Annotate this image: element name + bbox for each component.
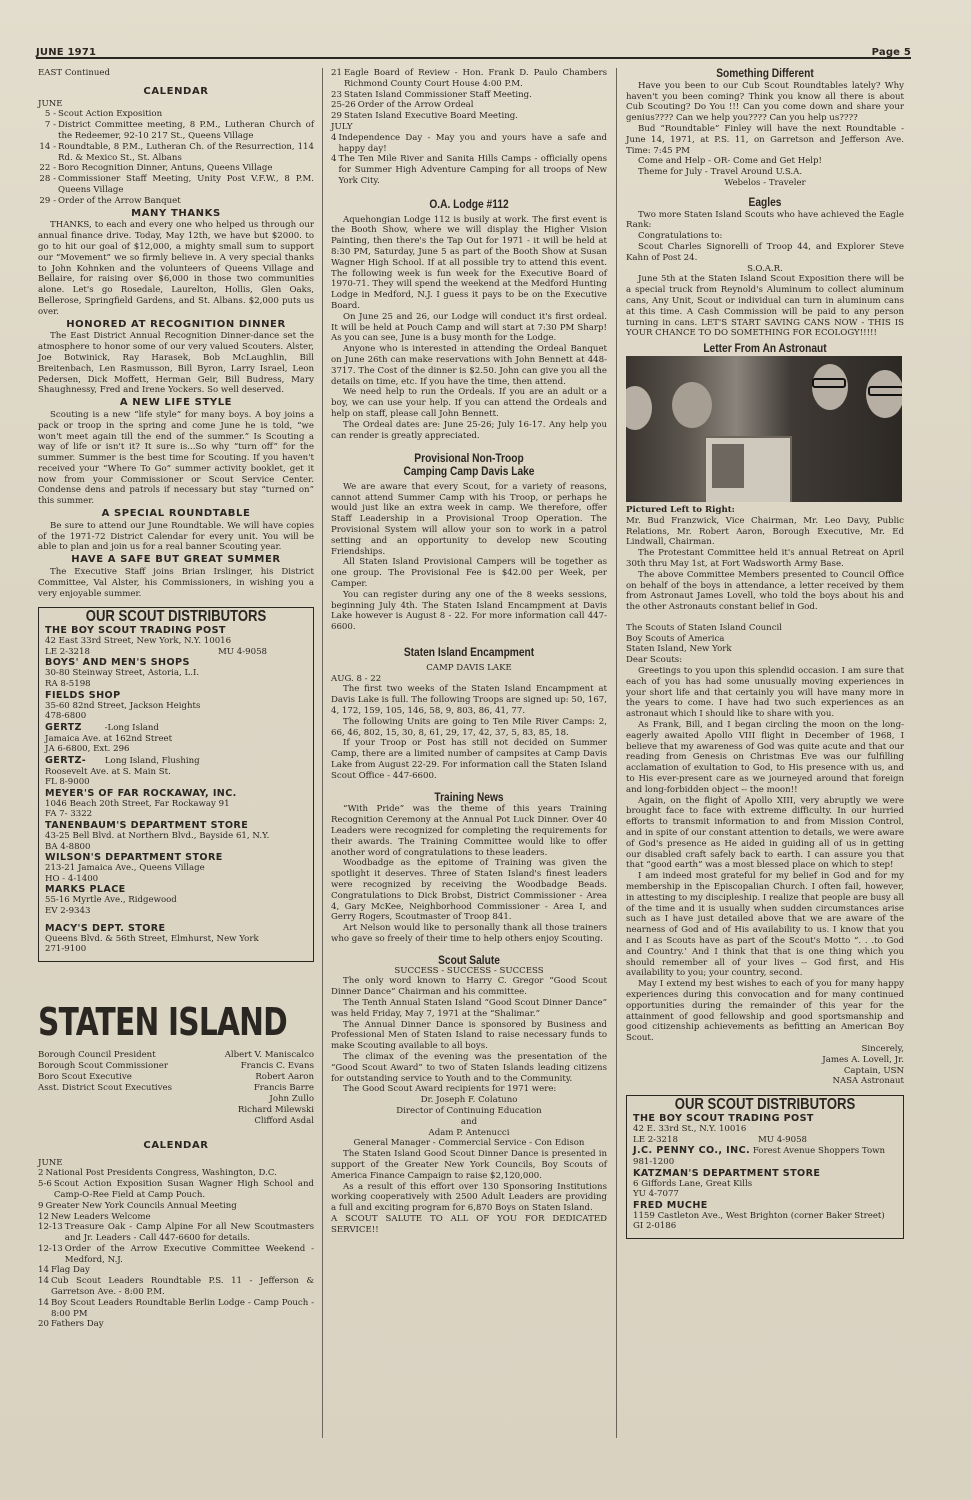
calendar-item: 23Staten Island Commissioner Staff Meeti… <box>331 90 607 101</box>
honored-heading: HONORED AT RECOGNITION DINNER <box>38 320 314 331</box>
article-paragraph: The Annual Dinner Dance is sponsored by … <box>331 1020 607 1052</box>
calendar-month: JUNE <box>38 99 314 110</box>
article-paragraph: The following Units are going to Ten Mil… <box>331 717 607 739</box>
encampment-dates: AUG. 8 - 22 <box>331 674 607 685</box>
calendar-item: 5-6Scout Action Exposition Susan Wagner … <box>38 1179 314 1201</box>
article-paragraph: Two more Staten Island Scouts who have a… <box>626 210 904 232</box>
recipient-title: Director of Continuing Education <box>331 1106 607 1117</box>
store-entry: KATZMAN'S DEPARTMENT STORE 6 Giffords La… <box>633 1168 897 1200</box>
encampment-heading: Staten Island Encampment <box>352 647 587 658</box>
calendar-item: 4The Ten Mile River and Sanita Hills Cam… <box>331 154 607 186</box>
store-entry: GERTZ -Long Island Jamaica Ave. at 162nd… <box>45 722 307 755</box>
scout-salute-subheading: SUCCESS - SUCCESS - SUCCESS <box>331 966 607 977</box>
glasses <box>868 386 902 396</box>
calendar-item: 14Boy Scout Leaders Roundtable Berlin Lo… <box>38 1298 314 1320</box>
east-calendar-list: 5 -Scout Action Exposition 7 -District C… <box>38 109 314 206</box>
distributors-title: OUR SCOUT DISTRIBUTORS <box>69 612 284 623</box>
life-style-heading: A NEW LIFE STYLE <box>38 398 314 409</box>
calendar-item: 28 -Commissioner Staff Meeting, Unity Po… <box>38 174 314 196</box>
photo-caption: Mr. Bud Franzwick, Vice Chairman, Mr. Le… <box>626 516 904 548</box>
letter-paragraph: Again, on the flight of Apollo XIII, ver… <box>626 796 904 872</box>
many-thanks-body: THANKS, to each and every one who helped… <box>38 220 314 317</box>
article-paragraph: Art Nelson would like to personally than… <box>331 923 607 945</box>
calendar-item: 20Fathers Day <box>38 1319 314 1330</box>
article-paragraph: On June 25 and 26, our Lodge will conduc… <box>331 312 607 344</box>
article-paragraph: The Staten Island Good Scout Dinner Danc… <box>331 1149 607 1181</box>
calendar-item: 2National Post Presidents Congress, Wash… <box>38 1168 314 1179</box>
staten-island-logo: STATEN ISLAND <box>38 980 314 1042</box>
column-3: Something Different Have you been to our… <box>626 68 904 1239</box>
article-paragraph: We are aware that every Scout, for a var… <box>331 482 607 558</box>
soar-heading: S.O.A.R. <box>626 264 904 275</box>
article-paragraph: Anyone who is interested in attending th… <box>331 344 607 387</box>
and-text: and <box>331 1117 607 1128</box>
article-paragraph: Bud “Roundtable” Finley will have the ne… <box>626 124 904 156</box>
distributors-title: OUR SCOUT DISTRIBUTORS <box>657 1100 873 1111</box>
article-paragraph: Come and Help - OR- Come and Get Help! <box>626 156 904 167</box>
letter-signature: Sincerely, James A. Lovell, Jr. Captain,… <box>626 1044 904 1087</box>
staten-island-wordmark: STATEN ISLAND <box>38 1002 287 1042</box>
column-divider <box>616 68 617 1438</box>
masthead: JUNE 1971 Page 5 <box>36 38 911 58</box>
masthead-rule <box>36 57 911 59</box>
letter-address: The Scouts of Staten Island Council Boy … <box>626 623 904 666</box>
column-divider <box>322 68 323 1438</box>
letter-paragraph: I am indeed most grateful for my belief … <box>626 871 904 979</box>
calendar-item: 4Independence Day - May you and yours ha… <box>331 133 607 155</box>
store-entry: FIELDS SHOP 35-60 82nd Street, Jackson H… <box>45 690 307 722</box>
training-heading: Training News <box>352 792 587 803</box>
scout-salute-heading: Scout Salute <box>352 955 587 966</box>
glasses <box>812 378 846 388</box>
staten-calendar-list: 2National Post Presidents Congress, Wash… <box>38 1168 314 1330</box>
store-entry: FRED MUCHE 1159 Castleton Ave., West Bri… <box>633 1200 897 1232</box>
letter-paragraph: May I extend my best wishes to each of y… <box>626 979 904 1044</box>
calendar2-heading: CALENDAR <box>38 1141 314 1152</box>
section-label: EAST Continued <box>38 68 314 79</box>
letter-paragraph: Greetings to you upon this splendid occa… <box>626 666 904 720</box>
calendar-item: 12-13Order of the Arrow Executive Commit… <box>38 1244 314 1266</box>
article-paragraph: The Tenth Annual Staten Island “Good Sco… <box>331 998 607 1020</box>
letter-paragraph: As Frank, Bill, and I began circling the… <box>626 720 904 796</box>
store-entry: GERTZ- Long Island, Flushing Roosevelt A… <box>45 755 307 788</box>
article-paragraph: If your Troop or Post has still not deci… <box>331 738 607 781</box>
article-paragraph: June 5th at the Staten Island Scout Expo… <box>626 274 904 339</box>
store-entry: MARKS PLACE 55-16 Myrtle Ave., Ridgewood… <box>45 884 307 916</box>
calendar-heading: CALENDAR <box>38 87 314 98</box>
eagles-heading: Eagles <box>647 197 883 208</box>
calendar-item: 9Greater New York Councils Annual Meetin… <box>38 1201 314 1212</box>
store-entry: THE BOY SCOUT TRADING POST 42 East 33rd … <box>45 625 307 657</box>
calendar-item: 14Cub Scout Leaders Roundtable P.S. 11 -… <box>38 1276 314 1298</box>
calendar-item: 5 -Scout Action Exposition <box>38 109 314 120</box>
calendar-item: 29 -Order of the Arrow Banquet <box>38 196 314 207</box>
calendar-item: 14Flag Day <box>38 1265 314 1276</box>
article-paragraph: The climax of the evening was the presen… <box>331 1052 607 1084</box>
newspaper-page: JUNE 1971 Page 5 EAST Continued CALENDAR… <box>0 0 971 1500</box>
encampment-subheading: CAMP DAVIS LAKE <box>331 663 607 674</box>
article-paragraph: “With Pride” was the theme of this years… <box>331 804 607 858</box>
article-paragraph: As a result of this effort over 130 Spon… <box>331 1182 607 1214</box>
many-thanks-heading: MANY THANKS <box>38 209 314 220</box>
distributors-box: OUR SCOUT DISTRIBUTORS THE BOY SCOUT TRA… <box>38 607 314 961</box>
store-entry: WILSON'S DEPARTMENT STORE 213-21 Jamaica… <box>45 852 307 884</box>
article-paragraph: Woodbadge as the epitome of Training was… <box>331 858 607 923</box>
provisional-heading-2: Camping Camp Davis Lake <box>352 466 587 477</box>
person-head <box>626 386 652 430</box>
honored-body: The East District Annual Recognition Din… <box>38 331 314 396</box>
article-paragraph: Congratulations to: <box>626 231 904 242</box>
provisional-heading-1: Provisional Non-Troop <box>352 453 587 464</box>
article-paragraph: Scout Charles Signorelli of Troop 44, an… <box>626 242 904 264</box>
calendar-item: 29Staten Island Executive Board Meeting. <box>331 111 607 122</box>
calendar2-month: JUNE <box>38 1158 314 1169</box>
distributors-box: OUR SCOUT DISTRIBUTORS THE BOY SCOUT TRA… <box>626 1095 904 1239</box>
staten-calendar-continued: 21Eagle Board of Review - Hon. Frank D. … <box>331 68 607 187</box>
store-entry: BOYS' AND MEN'S SHOPS 30-80 Steinway Str… <box>45 657 307 689</box>
recipient-name: Adam P. Antenucci <box>331 1128 607 1139</box>
calendar-month: JULY <box>331 122 607 133</box>
astronaut-heading: Letter From An Astronaut <box>647 343 883 354</box>
article-paragraph: The only word known to Harry C. Gregor “… <box>331 976 607 998</box>
article-paragraph: All Staten Island Provisional Campers wi… <box>331 557 607 589</box>
calendar-item: 21Eagle Board of Review - Hon. Frank D. … <box>331 68 607 90</box>
store-entry: J.C. PENNY CO., INC. Forest Avenue Shopp… <box>633 1145 897 1167</box>
life-style-body: Scouting is a new “life style” for many … <box>38 410 314 507</box>
article-paragraph: You can register during any one of the 8… <box>331 590 607 633</box>
article-paragraph: Have you been to our Cub Scout Roundtabl… <box>626 81 904 124</box>
roundtable-heading: A SPECIAL ROUNDTABLE <box>38 509 314 520</box>
column-1: EAST Continued CALENDAR JUNE 5 -Scout Ac… <box>38 68 314 1330</box>
summer-heading: HAVE A SAFE BUT GREAT SUMMER <box>38 555 314 566</box>
store-entry: TANENBAUM'S DEPARTMENT STORE 43-25 Bell … <box>45 820 307 852</box>
article-paragraph: The Protestant Committee held it's annua… <box>626 548 904 570</box>
calendar-item: 12-13Treasure Oak - Camp Alpine For all … <box>38 1222 314 1244</box>
calendar-item: 22 -Boro Recognition Dinner, Antuns, Que… <box>38 163 314 174</box>
officer-titles: Borough Council President Borough Scout … <box>38 1050 172 1127</box>
roundtable-body: Be sure to attend our June Roundtable. W… <box>38 521 314 553</box>
store-entry: MEYER'S OF FAR ROCKAWAY, INC. 1046 Beach… <box>45 788 307 820</box>
oa-lodge-heading: O.A. Lodge #112 <box>352 199 587 210</box>
article-paragraph: Aquehongian Lodge 112 is busily at work.… <box>331 215 607 312</box>
article-paragraph: The first two weeks of the Staten Island… <box>331 684 607 716</box>
article-paragraph: The Good Scout Award recipients for 1971… <box>331 1084 607 1095</box>
article-paragraph: Theme for July - Travel Around U.S.A. <box>626 167 904 178</box>
framed-letter <box>704 436 792 502</box>
person-head <box>672 382 712 428</box>
officer-names: Albert V. Maniscalco Francis C. Evans Ro… <box>225 1050 314 1127</box>
salute-closing: A SCOUT SALUTE TO ALL OF YOU FOR DEDICAT… <box>331 1214 607 1236</box>
calendar-item: 12New Leaders Welcome <box>38 1212 314 1223</box>
calendar-item: 25-26Order of the Arrow Ordeal <box>331 100 607 111</box>
webelos-theme: Webelos - Traveler <box>626 178 904 189</box>
article-paragraph: The above Committee Members presented to… <box>626 570 904 613</box>
something-different-heading: Something Different <box>647 68 883 79</box>
summer-body: The Executive Staff joins Brian Irslinge… <box>38 567 314 599</box>
recipient-title: General Manager - Commercial Service - C… <box>331 1138 607 1149</box>
calendar-item: 14 -Roundtable, 8 P.M., Lutheran Ch. of … <box>38 142 314 164</box>
article-paragraph: We need help to run the Ordeals. If you … <box>331 387 607 419</box>
committee-photo <box>626 356 902 502</box>
column-2: 21Eagle Board of Review - Hon. Frank D. … <box>331 68 607 1235</box>
calendar-item: 7 -District Committee meeting, 8 P.M., L… <box>38 120 314 142</box>
store-entry: MACY'S DEPT. STORE Queens Blvd. & 56th S… <box>45 923 307 955</box>
astronaut-photo <box>712 444 744 488</box>
recipient-name: Dr. Joseph F. Colatuno <box>331 1095 607 1106</box>
article-paragraph: The Ordeal dates are: June 25-26; July 1… <box>331 420 607 442</box>
store-entry: THE BOY SCOUT TRADING POST 42 E. 33rd St… <box>633 1113 897 1145</box>
council-officers: Borough Council President Borough Scout … <box>38 1050 314 1127</box>
photo-caption-title: Pictured Left to Right: <box>626 505 904 516</box>
